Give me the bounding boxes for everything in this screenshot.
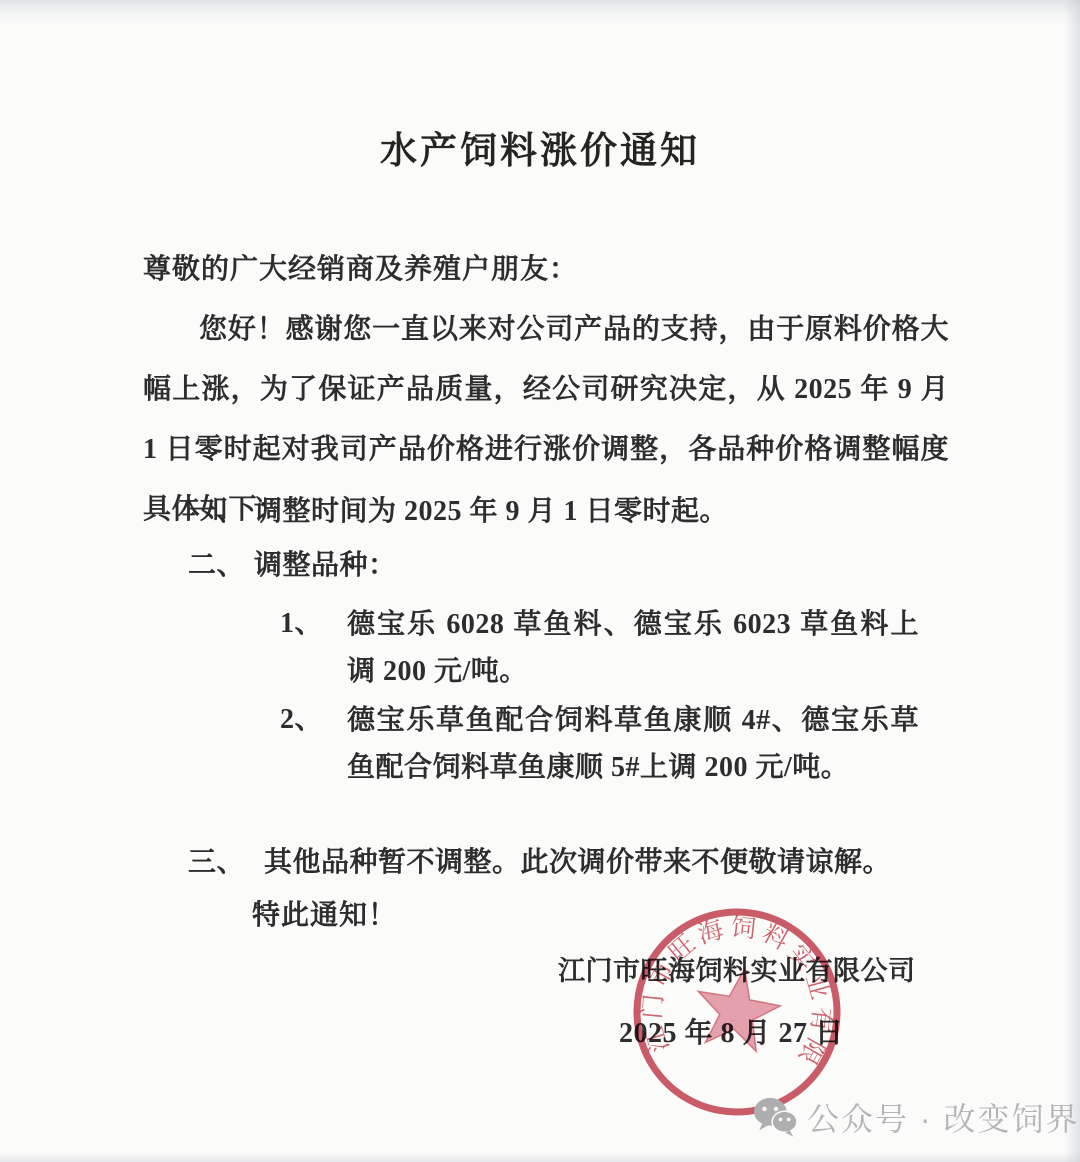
list-item-1-text: 德宝乐 6028 草鱼料、德宝乐 6023 草鱼料上调 200 元/吨。 <box>347 601 919 695</box>
signature-date: 2025 年 8 月 27 日 <box>619 1011 844 1051</box>
section-1-number: 一、 <box>188 489 254 529</box>
list-item-2-text: 德宝乐草鱼配合饲料草鱼康顺 4#、德宝乐草鱼配合饲料草鱼康顺 5#上调 200 … <box>347 697 919 791</box>
section-3: 三、 其他品种暂不调整。此次调价带来不便敬请谅解。 <box>188 840 891 880</box>
section-2-text: 调整品种： <box>254 543 397 583</box>
list-item-1-number: 1、 <box>280 601 347 695</box>
section-3-number: 三、 <box>188 840 264 880</box>
section-1-text: 调整时间为 2025 年 9 月 1 日零时起。 <box>254 489 728 529</box>
scan-shadow-right <box>1064 0 1080 1162</box>
svg-text:江门市旺海饲料实业有限公司: 江门市旺海饲料实业有限公司 <box>617 892 857 1086</box>
seal-arc-text: 江门市旺海饲料实业有限公司 <box>617 892 857 1086</box>
scan-shadow-top <box>0 0 1080 26</box>
scanned-notice-page: 水产饲料涨价通知 尊敬的广大经销商及养殖户朋友： 您好！感谢您一直以来对公司产品… <box>0 0 1080 1162</box>
list-item-2-number: 2、 <box>280 697 347 791</box>
section-1: 一、 调整时间为 2025 年 9 月 1 日零时起。 <box>188 489 728 529</box>
salutation-line: 尊敬的广大经销商及养殖户朋友： <box>143 247 578 287</box>
signature-company: 江门市旺海饲料实业有限公司 <box>558 949 916 988</box>
list-item-1: 1、 德宝乐 6028 草鱼料、德宝乐 6023 草鱼料上调 200 元/吨。 <box>280 601 919 695</box>
closing-line: 特此通知！ <box>252 893 397 933</box>
list-item-2: 2、 德宝乐草鱼配合饲料草鱼康顺 4#、德宝乐草鱼配合饲料草鱼康顺 5#上调 2… <box>280 697 919 791</box>
section-3-text: 其他品种暂不调整。此次调价带来不便敬请谅解。 <box>264 840 891 880</box>
section-2-number: 二、 <box>188 543 254 583</box>
watermark-text: 公众号 · 改变饲界 <box>807 1094 1079 1140</box>
watermark: 公众号 · 改变饲界 <box>752 1094 1079 1140</box>
section-2: 二、 调整品种： <box>188 543 397 583</box>
page-title: 水产饲料涨价通知 <box>0 120 1080 174</box>
scan-shadow-bottom <box>0 1152 1080 1162</box>
wechat-icon <box>752 1096 798 1138</box>
